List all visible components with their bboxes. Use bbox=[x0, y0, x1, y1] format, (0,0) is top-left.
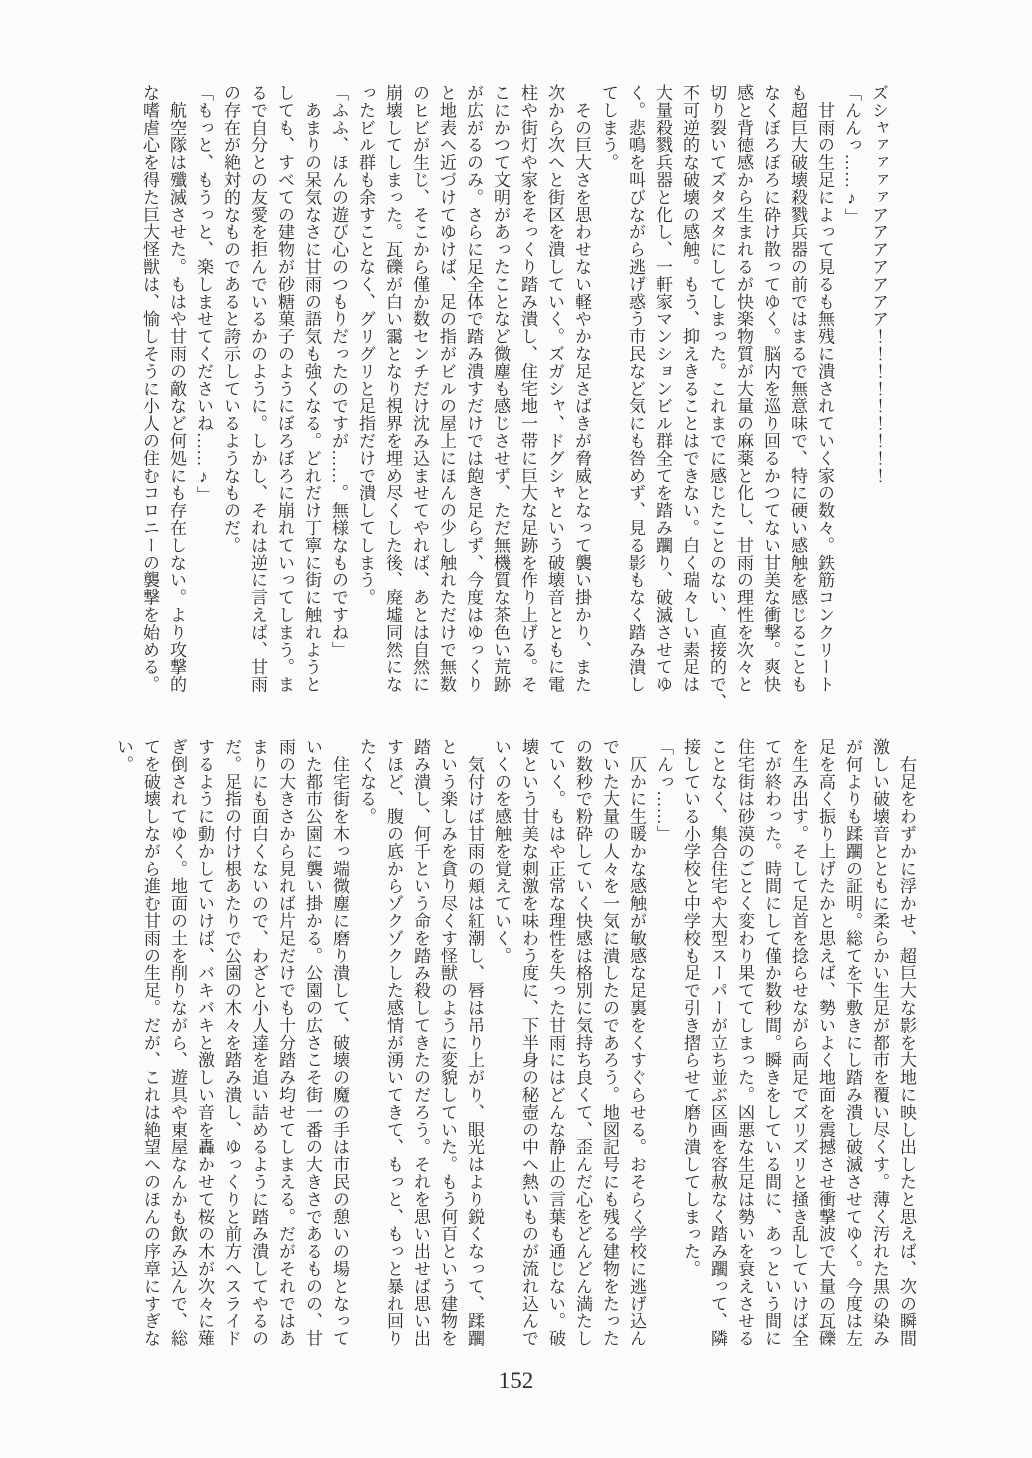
text-column: いくのを感触を覚えていく。 bbox=[488, 738, 515, 1388]
text-column: 感と背徳感から生まれるが快楽物質が大量の麻薬と化し、甘雨の理性を次々と bbox=[730, 84, 757, 724]
text-column: ていく。もはや正常な理性を失った甘雨にはどんな静止の言葉も通じない。破 bbox=[542, 738, 569, 1388]
text-column: するように動かしていけば、バキバキと激しい音を轟かせて桜の木が次々に薙 bbox=[191, 738, 218, 1388]
page-number: 152 bbox=[456, 1368, 576, 1394]
text-column: を生み出す。そして足首を捻らせながら両足でズリズリと掻き乱していけば全 bbox=[785, 738, 812, 1388]
text-column: てが終わった。時間にして僅か数秒間。瞬きをしている間に、あっという間に bbox=[758, 738, 785, 1388]
text-column: い。 bbox=[110, 738, 137, 1388]
text-column: 右足をわずかに浮かせ、超巨大な影を大地に映し出したと思えば、次の瞬間 bbox=[893, 738, 920, 1388]
text-column: 「んっ……」 bbox=[650, 738, 677, 1388]
text-column: 壊という甘美な刺激を味わう度に、下半身の秘壺の中へ熱いものが流れ込んで bbox=[515, 738, 542, 1388]
text-column: まりにも面白くないので、わざと小人達を追い詰めるように踏み潰してやるの bbox=[245, 738, 272, 1388]
upper-text-block: ズシャァァァァアアアアアアア！！！！！！！！！「んんっ……♪」 甘雨の生足によっ… bbox=[136, 84, 892, 724]
text-column: 気付けば甘雨の頬は紅潮し、唇は吊り上がり、眼光はより鋭くなって、蹂躙 bbox=[461, 738, 488, 1388]
text-column: と地表へ近づけてゆけば、足の指がビルの屋上にほんの少し触れただけで無数 bbox=[433, 84, 460, 724]
text-column: ったビル群も余すことなく、グリグリと足指だけで潰してしまう。 bbox=[352, 84, 379, 724]
text-column: 次から次へと街区を潰していく。ズガシャ、ドグシャという破壊音とともに電 bbox=[541, 84, 568, 724]
text-column: く。悲鳴を叫びながら逃げ惑う市民など気にも咎めず、見る影もなく踏み潰し bbox=[622, 84, 649, 724]
text-column: てしまう。 bbox=[595, 84, 622, 724]
text-column: あまりの呆気なさに甘雨の語気も強くなる。どれだけ丁寧に街に触れようと bbox=[298, 84, 325, 724]
text-column: 甘雨の生足によって見るも無残に潰されていく家の数々。鉄筋コンクリート bbox=[811, 84, 838, 724]
text-column: だ。足指の付け根あたりで公園の木々を踏み潰し、ゆっくりと前方へスライド bbox=[218, 738, 245, 1388]
text-column: 仄かに生暖かな感触が敏感な足裏をくすぐらせる。おそらく学校に逃げ込ん bbox=[623, 738, 650, 1388]
text-column: でいた大量の人々を一気に潰したのであろう。地図記号にも残る建物をたった bbox=[596, 738, 623, 1388]
text-column: なくぼろぼろに砕け散ってゆく。脳内を巡り回るかつてない甘美な衝撃。爽快 bbox=[757, 84, 784, 724]
text-column: な嗜虐心を得た巨大怪獣は、愉しそうに小人の住むコロニーの襲撃を始める。 bbox=[136, 84, 163, 724]
text-column: 崩壊してしまった。瓦礫が白い靄となり視界を埋め尽くした後、廃墟同然にな bbox=[379, 84, 406, 724]
text-column: 大量殺戮兵器と化し、一軒家マンションビル群全てを踏み躙り、破滅させてゆ bbox=[649, 84, 676, 724]
text-column: るで自分との友愛を拒んでいるかのように。しかし、それは逆に言えば、甘雨 bbox=[244, 84, 271, 724]
text-column: こにかつて文明があったことなど微塵も感じさせず、ただ無機質な茶色い荒跡 bbox=[487, 84, 514, 724]
text-column: 激しい破壊音とともに柔らかい生足が都市を覆い尽くす。薄く汚れた黒の染み bbox=[866, 738, 893, 1388]
text-column: ズシャァァァァアアアアアアア！！！！！！！！！ bbox=[865, 84, 892, 724]
text-column: も超巨大破壊殺戮兵器の前ではまるで無意味で、特に硬い感触を感じることも bbox=[784, 84, 811, 724]
text-column: 住宅街は砂漠のごとく変わり果ててしまった。凶悪な生足は勢いを衰えさせる bbox=[731, 738, 758, 1388]
text-column: 足を高く振り上げたかと思えば、勢いよく地面を震撼させ衝撃波で大量の瓦礫 bbox=[812, 738, 839, 1388]
text-column: 柱や街灯や家をそっくり踏み潰し、住宅地一帯に巨大な足跡を作り上げる。そ bbox=[514, 84, 541, 724]
text-column: てを破壊しながら進む甘雨の生足。だが、これは絶望へのほんの序章にすぎな bbox=[137, 738, 164, 1388]
text-column: しても、すべての建物が砂糖菓子のようにぼろぼろに崩れていってしまう。ま bbox=[271, 84, 298, 724]
text-column: の存在が絶対的なものであると誇示しているようなものだ。 bbox=[217, 84, 244, 724]
text-column: たくなる。 bbox=[353, 738, 380, 1388]
text-column: 「もっと、もうっと、楽しませてくださいね……♪」 bbox=[190, 84, 217, 724]
text-column: 踏み潰し、何千という命を踏み殺してきたのだろう。それを思い出せば思い出 bbox=[407, 738, 434, 1388]
text-column: 接している小学校と中学校も足で引き摺らせて磨り潰してしまった。 bbox=[677, 738, 704, 1388]
text-column: 住宅街を木っ端微塵に磨り潰して、破壊の魔の手は市民の憩いの場となって bbox=[326, 738, 353, 1388]
text-column: いた都市公園に襲い掛かる。公園の広さこそ街一番の大きさであるものの、甘 bbox=[299, 738, 326, 1388]
text-column: ことなく、集合住宅や大型スーパーが立ち並ぶ区画を容赦なく踏み躙って、隣 bbox=[704, 738, 731, 1388]
text-column: 雨の大きさから見れば片足だけでも十分踏み均せてしまえる。だがそれではあ bbox=[272, 738, 299, 1388]
text-column: すほど、腹の底からゾクゾクした感情が湧いてきて、もっと、もっと暴れ回り bbox=[380, 738, 407, 1388]
text-column: のヒビが生じ、そこから僅か数センチだけ沈み込ませてやれば、あとは自然に bbox=[406, 84, 433, 724]
text-column: が広がるのみ。さらに足全体で踏み潰すだけでは飽き足らず、今度はゆっくり bbox=[460, 84, 487, 724]
text-column: 不可逆的な破壊の感触。もう、抑えきることはできない。白く瑞々しい素足は bbox=[676, 84, 703, 724]
text-column: 「んんっ……♪」 bbox=[838, 84, 865, 724]
text-column: その巨大さを思わせない軽やかな足さばきが脅威となって襲い掛かり、また bbox=[568, 84, 595, 724]
text-column: ぎ倒されてゆく。地面の土を削りながら、遊具や東屋なんかも飲み込んで、総 bbox=[164, 738, 191, 1388]
text-column: 切り裂いてズタズタにしてしまった。これまでに感じたことのない、直接的で、 bbox=[703, 84, 730, 724]
text-column: が何よりも蹂躙の証明。総てを下敷きにし踏み潰し破滅させてゆく。今度は左 bbox=[839, 738, 866, 1388]
text-column: の数秒で粉砕していく快感は格別に気持ち良くて、歪んだ心をどんどん満たし bbox=[569, 738, 596, 1388]
text-column: 航空隊は殲滅させた。もはや甘雨の敵など何処にも存在しない。より攻撃的 bbox=[163, 84, 190, 724]
text-column: という楽しみを貪り尽くす怪獣のように変貌していた。もう何百という建物を bbox=[434, 738, 461, 1388]
lower-text-block: 右足をわずかに浮かせ、超巨大な影を大地に映し出したと思えば、次の瞬間激しい破壊音… bbox=[110, 738, 920, 1388]
text-column: 「ふふ、ほんの遊び心のつもりだったのですが……。無様なものですね」 bbox=[325, 84, 352, 724]
scanned-page: ズシャァァァァアアアアアアア！！！！！！！！！「んんっ……♪」 甘雨の生足によっ… bbox=[0, 0, 1032, 1458]
